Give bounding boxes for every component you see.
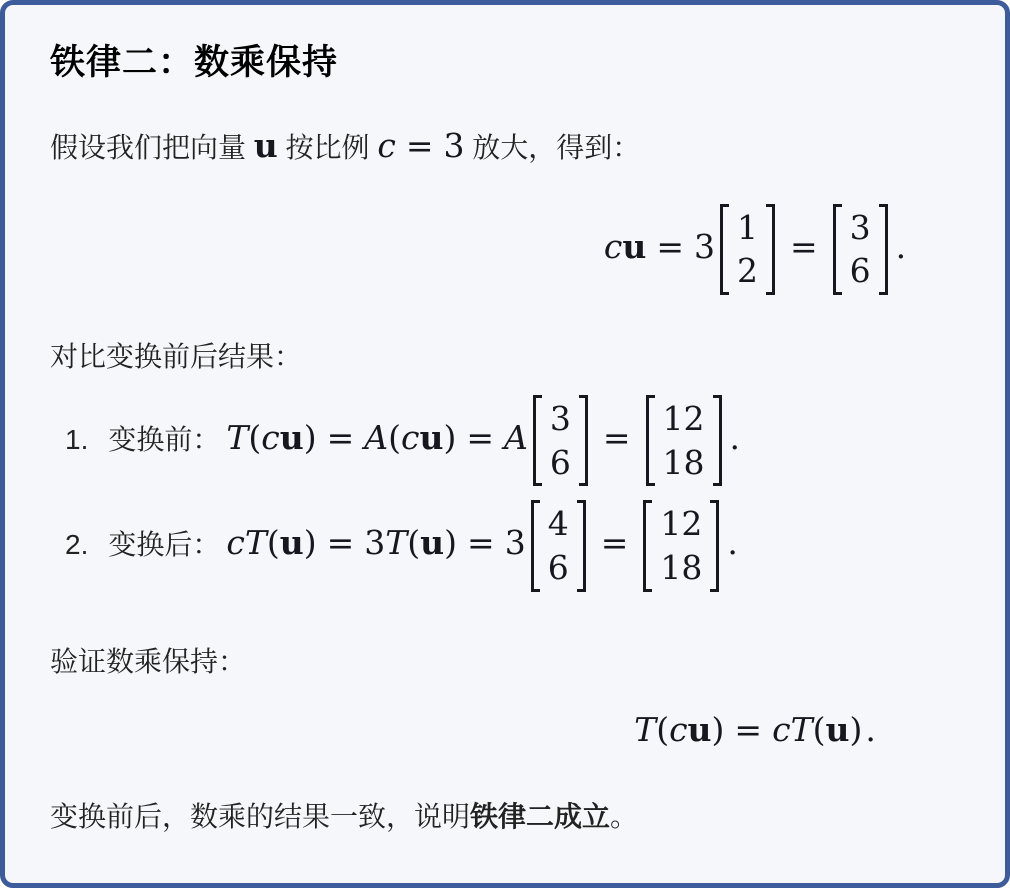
matrix-entry: 6 <box>850 249 871 293</box>
column-vector-matrix: 36 <box>833 204 888 295</box>
math-token: ( <box>388 418 401 457</box>
left-bracket <box>646 395 655 486</box>
text-segment: 放大，得到： <box>464 132 640 163</box>
verify-heading: 验证数乘保持： <box>50 644 960 680</box>
list-number: 1. <box>65 424 88 455</box>
right-bracket <box>577 500 586 591</box>
left-bracket <box>533 395 542 486</box>
math-token: c <box>604 227 622 266</box>
right-bracket <box>579 395 588 486</box>
math-token: u <box>622 227 646 266</box>
rule-card: 铁律二：数乘保持 假设我们把向量 u 按比例 c=3 放大，得到： cu=312… <box>0 0 1010 888</box>
math-token: = <box>780 227 828 266</box>
column-vector-matrix: 1218 <box>646 395 722 486</box>
math-token: . <box>730 418 741 457</box>
left-bracket <box>833 204 842 295</box>
math-token: ( <box>656 710 669 749</box>
left-bracket <box>531 500 540 591</box>
matrix-entry: 6 <box>550 441 571 485</box>
math-token: = <box>593 418 641 457</box>
list-item-before: 1.变换前：T(cu)=A(cu)=A36=1218. <box>65 399 960 490</box>
matrix-entry: 2 <box>737 249 758 293</box>
matrix-entry: 4 <box>548 502 569 546</box>
compare-heading: 对比变换前后结果： <box>50 339 960 375</box>
math-token: T <box>226 418 248 457</box>
math-token: . <box>727 523 738 562</box>
matrix-entry: 1 <box>737 206 758 250</box>
math-token: ) <box>444 523 457 562</box>
matrix-entries: 36 <box>542 395 579 486</box>
matrix-entry: 18 <box>660 546 702 590</box>
math-token: ( <box>407 523 420 562</box>
math-token: c <box>261 418 279 457</box>
math-token: = <box>317 523 365 562</box>
math-token: c <box>377 126 395 165</box>
footer-segment: 变换前后，数乘的结果一致，说明 <box>50 801 470 832</box>
math-token: ) <box>849 710 862 749</box>
after-formula: cT(u)=3T(u)=346=1218. <box>226 541 737 558</box>
page-title: 铁律二：数乘保持 <box>50 35 960 85</box>
matrix-entries: 12 <box>729 204 766 295</box>
footer-bold-segment: 铁律二成立 <box>470 801 610 832</box>
right-bracket <box>713 395 722 486</box>
footer-segment: 。 <box>610 801 638 832</box>
math-token: u <box>280 523 304 562</box>
matrix-entry: 12 <box>660 502 702 546</box>
matrix-entries: 46 <box>540 500 577 591</box>
math-token: = <box>317 418 365 457</box>
math-token: . <box>896 227 907 266</box>
math-token: A <box>364 418 388 457</box>
matrix-entry: 6 <box>548 546 569 590</box>
math-token: ) <box>443 418 456 457</box>
matrix-entry: 3 <box>850 206 871 250</box>
math-token: = <box>456 418 504 457</box>
math-token: u <box>280 418 304 457</box>
left-bracket <box>643 500 652 591</box>
math-token: 3 <box>443 126 464 165</box>
conclusion-formula: T(cu)=cT(u). <box>50 710 960 749</box>
math-token: u <box>420 523 444 562</box>
math-token: T <box>791 710 813 749</box>
column-vector-matrix: 1218 <box>643 500 719 591</box>
math-token: c <box>669 710 687 749</box>
text-segment: 假设我们把向量 <box>50 132 254 163</box>
math-token: 3 <box>364 523 385 562</box>
comparison-list: 1.变换前：T(cu)=A(cu)=A36=1218. 2.变换后：cT(u)=… <box>50 399 960 595</box>
matrix-entries: 1218 <box>652 500 710 591</box>
math-token: = <box>646 227 694 266</box>
math-token: T <box>245 523 267 562</box>
math-token: u <box>825 710 849 749</box>
math-token: ) <box>304 418 317 457</box>
right-bracket <box>766 204 775 295</box>
column-vector-matrix: 12 <box>720 204 775 295</box>
math-token: T <box>634 710 656 749</box>
math-token: c <box>401 418 419 457</box>
right-bracket <box>879 204 888 295</box>
math-token: u <box>419 418 443 457</box>
math-token: . <box>865 710 876 749</box>
math-token: T <box>385 523 407 562</box>
math-token: = <box>457 523 505 562</box>
math-token: ( <box>267 523 280 562</box>
math-token: = <box>396 126 444 165</box>
matrix-entries: 36 <box>842 204 879 295</box>
list-label: 变换前： <box>108 424 220 455</box>
math-token: A <box>504 418 528 457</box>
math-token: u <box>254 126 278 165</box>
math-token: = <box>591 523 639 562</box>
math-token: ) <box>712 710 725 749</box>
math-token: u <box>688 710 712 749</box>
matrix-entry: 3 <box>550 397 571 441</box>
matrix-entry: 12 <box>663 397 705 441</box>
scale-formula: cu=312=36. <box>50 208 960 299</box>
math-token: ( <box>248 418 261 457</box>
list-item-after: 2.变换后：cT(u)=3T(u)=346=1218. <box>65 504 960 595</box>
before-formula: T(cu)=A(cu)=A36=1218. <box>226 436 740 453</box>
matrix-entry: 18 <box>663 441 705 485</box>
math-token: c <box>772 710 790 749</box>
text-segment: 按比例 <box>278 132 378 163</box>
footer-line: 变换前后，数乘的结果一致，说明铁律二成立。 <box>50 799 960 835</box>
intro-line: 假设我们把向量 u 按比例 c=3 放大，得到： <box>50 125 960 168</box>
column-vector-matrix: 46 <box>531 500 586 591</box>
left-bracket <box>720 204 729 295</box>
matrix-entries: 1218 <box>655 395 713 486</box>
column-vector-matrix: 36 <box>533 395 588 486</box>
math-token: c <box>226 523 244 562</box>
math-token: 3 <box>694 227 715 266</box>
math-token: 3 <box>505 523 526 562</box>
right-bracket <box>710 500 719 591</box>
math-token: ) <box>304 523 317 562</box>
math-token: = <box>724 710 772 749</box>
list-number: 2. <box>65 529 88 560</box>
list-label: 变换后： <box>108 529 220 560</box>
math-token: ( <box>813 710 826 749</box>
